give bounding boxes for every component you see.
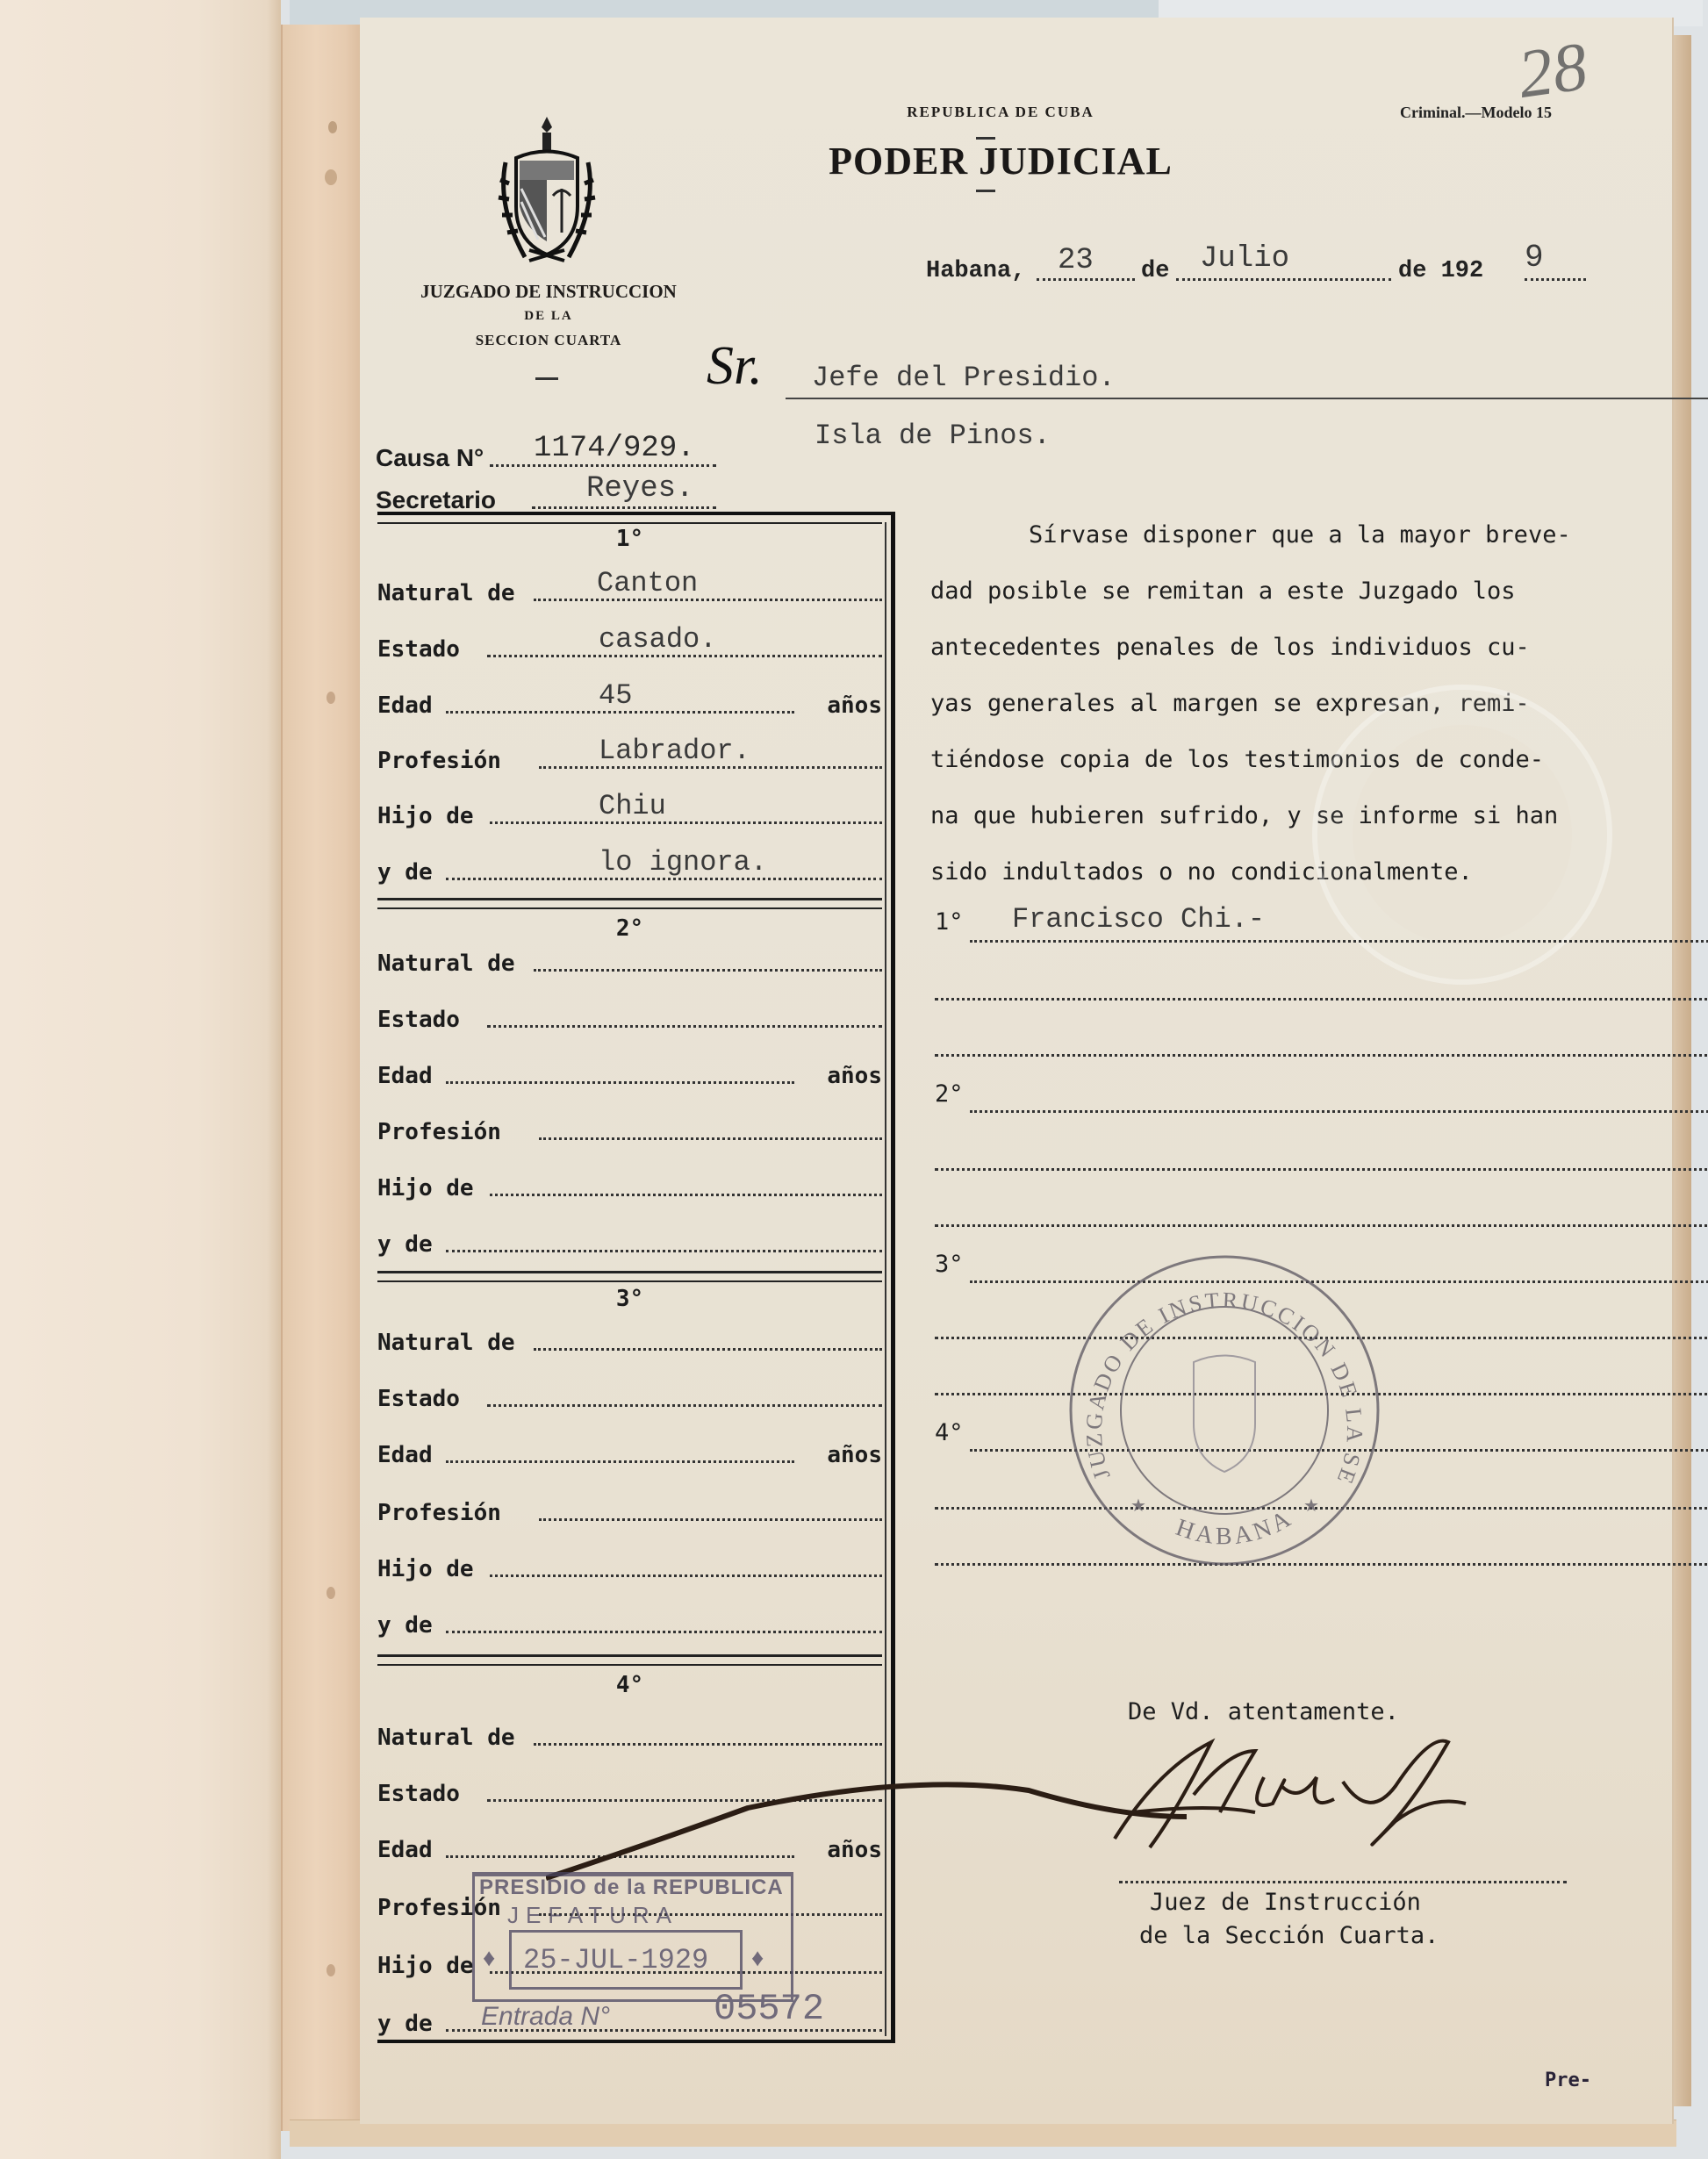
natural-label: Natural de (377, 1330, 515, 1356)
field-line (446, 1081, 794, 1084)
estado-row-3: Estado (377, 1372, 882, 1416)
y-de-value[interactable]: lo ignora. (599, 846, 767, 879)
signer-title-line2: de la Sección Cuarta. (1139, 1922, 1439, 1949)
staple-hole (327, 692, 335, 704)
field-line (490, 821, 882, 824)
hijo-label: Hijo de (377, 1175, 474, 1201)
natural-row-2: Natural de (377, 936, 882, 980)
name-ordinal-4: 4° (935, 1419, 964, 1446)
binding-spine (281, 25, 366, 2131)
stamp-entry-label: Entrada N° (481, 2002, 610, 2032)
hijo-row-2: Hijo de (377, 1161, 882, 1205)
divider (976, 190, 995, 192)
section-1-number: 1° (377, 526, 882, 552)
court-seal-stamp: JUZGADO DE INSTRUCCION DE LA SECCION CUA… (1062, 1248, 1387, 1573)
continuation-text: Pre- (1545, 2069, 1591, 2091)
causa-label: Causa N° (376, 444, 484, 472)
causa-field: Causa N° 1174/929. (376, 430, 716, 474)
staple-hole (325, 169, 337, 185)
profesion-label: Profesión (377, 748, 501, 774)
court-name: JUZGADO DE INSTRUCCION (377, 281, 720, 303)
name-line (935, 998, 1708, 1001)
edad-label: Edad (377, 1837, 433, 1863)
day-field-line (1037, 278, 1135, 281)
hijo-label: Hijo de (377, 1953, 474, 1979)
field-line (487, 1404, 882, 1407)
section-divider (377, 898, 882, 909)
causa-number[interactable]: 1174/929. (534, 432, 695, 465)
section-divider (377, 1271, 882, 1282)
name-line (970, 940, 1708, 943)
y-de-label: y de (377, 2011, 433, 2037)
name-ordinal-1: 1° (935, 908, 964, 936)
estado-value[interactable]: casado. (599, 623, 716, 656)
y-de-label: y de (377, 859, 433, 886)
year-field-line (1525, 278, 1586, 281)
body-line-3: antecedentes penales de los individuos c… (930, 634, 1530, 661)
svg-text:★: ★ (1303, 1496, 1319, 1516)
reception-stamp: PRESIDIO de la REPUBLICA JEFATURA 25-JUL… (472, 1856, 806, 2049)
natural-value[interactable]: Canton (597, 567, 698, 599)
profesion-label: Profesión (377, 1500, 501, 1526)
profesion-row-2: Profesión (377, 1105, 882, 1149)
field-line (534, 599, 882, 601)
addressee-rule (786, 398, 1708, 399)
signer-title-line1: Juez de Instrucción (1150, 1889, 1421, 1916)
box-top-rule-inner (377, 522, 882, 524)
date-year-digit[interactable]: 9 (1525, 240, 1544, 276)
section-4-number: 4° (377, 1672, 882, 1698)
y-de-row-3: y de (377, 1598, 882, 1642)
hijo-value[interactable]: Chiu (599, 790, 666, 822)
body-line-2: dad posible se remitan a este Juzgado lo… (930, 577, 1515, 605)
natural-row-4: Natural de (377, 1711, 882, 1754)
edad-label: Edad (377, 1442, 433, 1468)
natural-row-1: Natural de Canton (377, 566, 882, 610)
stamp-date: 25-JUL-1929 (523, 1944, 708, 1976)
estado-label: Estado (377, 1386, 460, 1412)
judicial-form-sheet: REPUBLICA DE CUBA PODER JUDICIAL Crimina… (360, 18, 1672, 2124)
field-line (446, 1460, 794, 1463)
secretario-label: Secretario (376, 486, 496, 514)
y-de-label: y de (377, 1612, 433, 1639)
profesion-value[interactable]: Labrador. (599, 735, 750, 767)
field-line (539, 1518, 882, 1521)
signature-line (1119, 1881, 1567, 1883)
page-title: PODER JUDICIAL (755, 139, 1246, 183)
addressee-name[interactable]: Jefe del Presidio. (812, 362, 1116, 394)
y-de-row-2: y de (377, 1217, 882, 1261)
facing-blank-page (0, 0, 281, 2159)
body-line-1: Sírvase disponer que a la mayor breve- (1029, 521, 1571, 549)
edad-label: Edad (377, 692, 433, 719)
edad-row-2: Edad años (377, 1049, 882, 1093)
profesion-label: Profesión (377, 1119, 501, 1145)
hijo-label: Hijo de (377, 803, 474, 829)
svg-text:HABANA: HABANA (1173, 1503, 1298, 1550)
edad-value[interactable]: 45 (599, 679, 632, 712)
field-line (534, 969, 882, 972)
folio-number-handwritten: 28 (1513, 26, 1592, 114)
name-value-1[interactable]: Francisco Chi.- (1012, 903, 1265, 936)
natural-label: Natural de (377, 950, 515, 977)
court-section: SECCION CUARTA (377, 332, 720, 349)
field-line (490, 1194, 882, 1196)
name-line (935, 1168, 1708, 1171)
month-field-line (1176, 278, 1391, 281)
natural-label: Natural de (377, 1725, 515, 1751)
estado-row-2: Estado (377, 993, 882, 1036)
edad-label: Edad (377, 1063, 433, 1089)
staple-hole (327, 1964, 335, 1976)
field-line (490, 1574, 882, 1577)
estado-label: Estado (377, 636, 460, 663)
field-line (534, 1743, 882, 1746)
natural-row-3: Natural de (377, 1316, 882, 1359)
name-line (935, 1054, 1708, 1057)
anos-label: años (827, 692, 882, 719)
field-line (446, 1631, 882, 1633)
box-top-rule (377, 512, 895, 515)
y-de-label: y de (377, 1231, 433, 1258)
hijo-row-3: Hijo de (377, 1542, 882, 1586)
section-divider (377, 1654, 882, 1666)
section-3-number: 3° (377, 1286, 882, 1312)
date-de-label: de (1141, 258, 1169, 284)
hijo-row-1: Hijo de Chiu (377, 789, 882, 833)
coat-of-arms-icon (490, 110, 604, 268)
date-month[interactable]: Julio (1200, 242, 1289, 276)
field-line (446, 1250, 882, 1252)
salutation: Sr. (707, 335, 763, 398)
stamp-entry-number: 05572 (714, 1988, 824, 2030)
anos-label: años (827, 1063, 882, 1089)
natural-label: Natural de (377, 580, 515, 606)
estado-label: Estado (377, 1007, 460, 1033)
place-label: Habana, (926, 258, 1025, 284)
name-ordinal-2: 2° (935, 1080, 964, 1108)
name-line (935, 1224, 1708, 1227)
estado-label: Estado (377, 1781, 460, 1807)
secretario-name[interactable]: Reyes. (586, 472, 693, 506)
svg-text:★: ★ (1130, 1496, 1146, 1516)
date-day[interactable]: 23 (1058, 244, 1094, 277)
stamp-institution: PRESIDIO de la REPUBLICA (479, 1876, 784, 1900)
staple-hole (327, 1587, 335, 1599)
date-line: Habana, 23 de Julio de 192 9 (926, 244, 1708, 288)
edad-row-1: Edad 45 años (377, 678, 882, 722)
stamp-ornament-icon: ♦ (483, 1944, 495, 1972)
staple-hole (328, 121, 337, 133)
stamp-ornament-icon: ♦ (751, 1944, 764, 1972)
edad-row-3: Edad años (377, 1428, 882, 1472)
name-line (970, 1110, 1708, 1113)
addressee-location[interactable]: Isla de Pinos. (815, 420, 1051, 452)
name-ordinal-3: 3° (935, 1251, 964, 1278)
y-de-row-1: y de lo ignora. (377, 845, 882, 889)
hijo-label: Hijo de (377, 1556, 474, 1582)
court-name-line2: DE LA (377, 309, 720, 324)
secretario-field: Secretario Reyes. (376, 472, 716, 516)
field-line (539, 1137, 882, 1140)
svg-text:JUZGADO DE INSTRUCCION DE LA S: JUZGADO DE INSTRUCCION DE LA SECCION CUA… (1062, 1248, 1367, 1489)
estado-row-1: Estado casado. (377, 622, 882, 666)
field-line (534, 1348, 882, 1351)
stamp-department: JEFATURA (507, 1902, 678, 1929)
republic-heading: REPUBLICA DE CUBA (860, 104, 1141, 121)
anos-label: años (827, 1442, 882, 1468)
field-line (487, 1025, 882, 1028)
profesion-row-3: Profesión (377, 1486, 882, 1530)
profesion-row-1: Profesión Labrador. (377, 734, 882, 778)
date-year-prefix: de 192 (1398, 258, 1483, 284)
secretario-line (532, 506, 716, 509)
divider (535, 377, 558, 380)
